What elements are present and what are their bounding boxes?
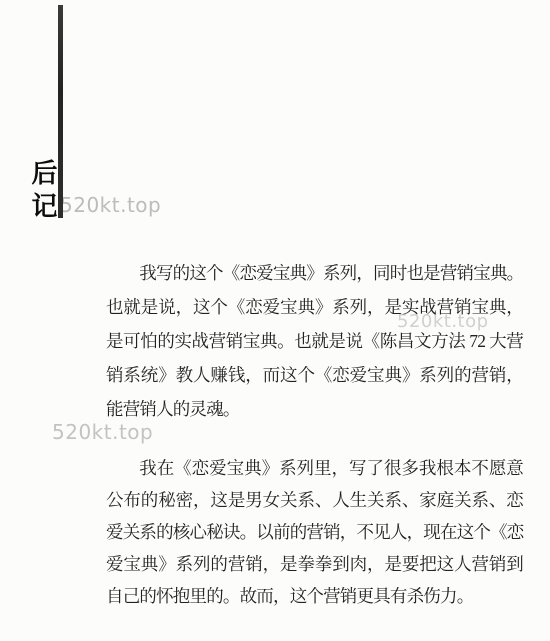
- text-line: 也就是说，这个《恋爱宝典》系列，是实战营销宝典，: [106, 290, 523, 324]
- text-line: 我在《恋爱宝典》系列里，写了很多我根本不愿意: [106, 452, 523, 484]
- vertical-divider-rule: [58, 5, 63, 218]
- paragraph: 我在《恋爱宝典》系列里，写了很多我根本不愿意 公布的秘密，这是男女关系、人生关系…: [106, 452, 523, 612]
- afterword-heading: 后记: [30, 157, 59, 223]
- text-line: 公布的秘密，这是男女关系、人生关系、家庭关系、恋: [106, 484, 523, 516]
- text-line: 销系统》教人赚钱，而这个《恋爱宝典》系列的营销，: [106, 358, 523, 392]
- text-line: 能营销人的灵魂。: [106, 392, 523, 426]
- text-line: 我写的这个《恋爱宝典》系列，同时也是营销宝典。: [106, 256, 523, 290]
- body-text: 我写的这个《恋爱宝典》系列，同时也是营销宝典。 也就是说，这个《恋爱宝典》系列，…: [106, 256, 523, 612]
- watermark: 520kt.top: [60, 193, 161, 217]
- text-line: 爱关系的核心秘诀。以前的营销，不见人，现在这个《恋: [106, 516, 523, 548]
- paragraph: 我写的这个《恋爱宝典》系列，同时也是营销宝典。 也就是说，这个《恋爱宝典》系列，…: [106, 256, 523, 426]
- text-line: 爱宝典》系列的营销，是拳拳到肉，是要把这人营销到: [106, 548, 523, 580]
- text-line: 自己的怀抱里的。故而，这个营销更具有杀伤力。: [106, 580, 523, 612]
- text-line: 是可怕的实战营销宝典。也就是说《陈昌文方法 72 大营: [106, 324, 523, 358]
